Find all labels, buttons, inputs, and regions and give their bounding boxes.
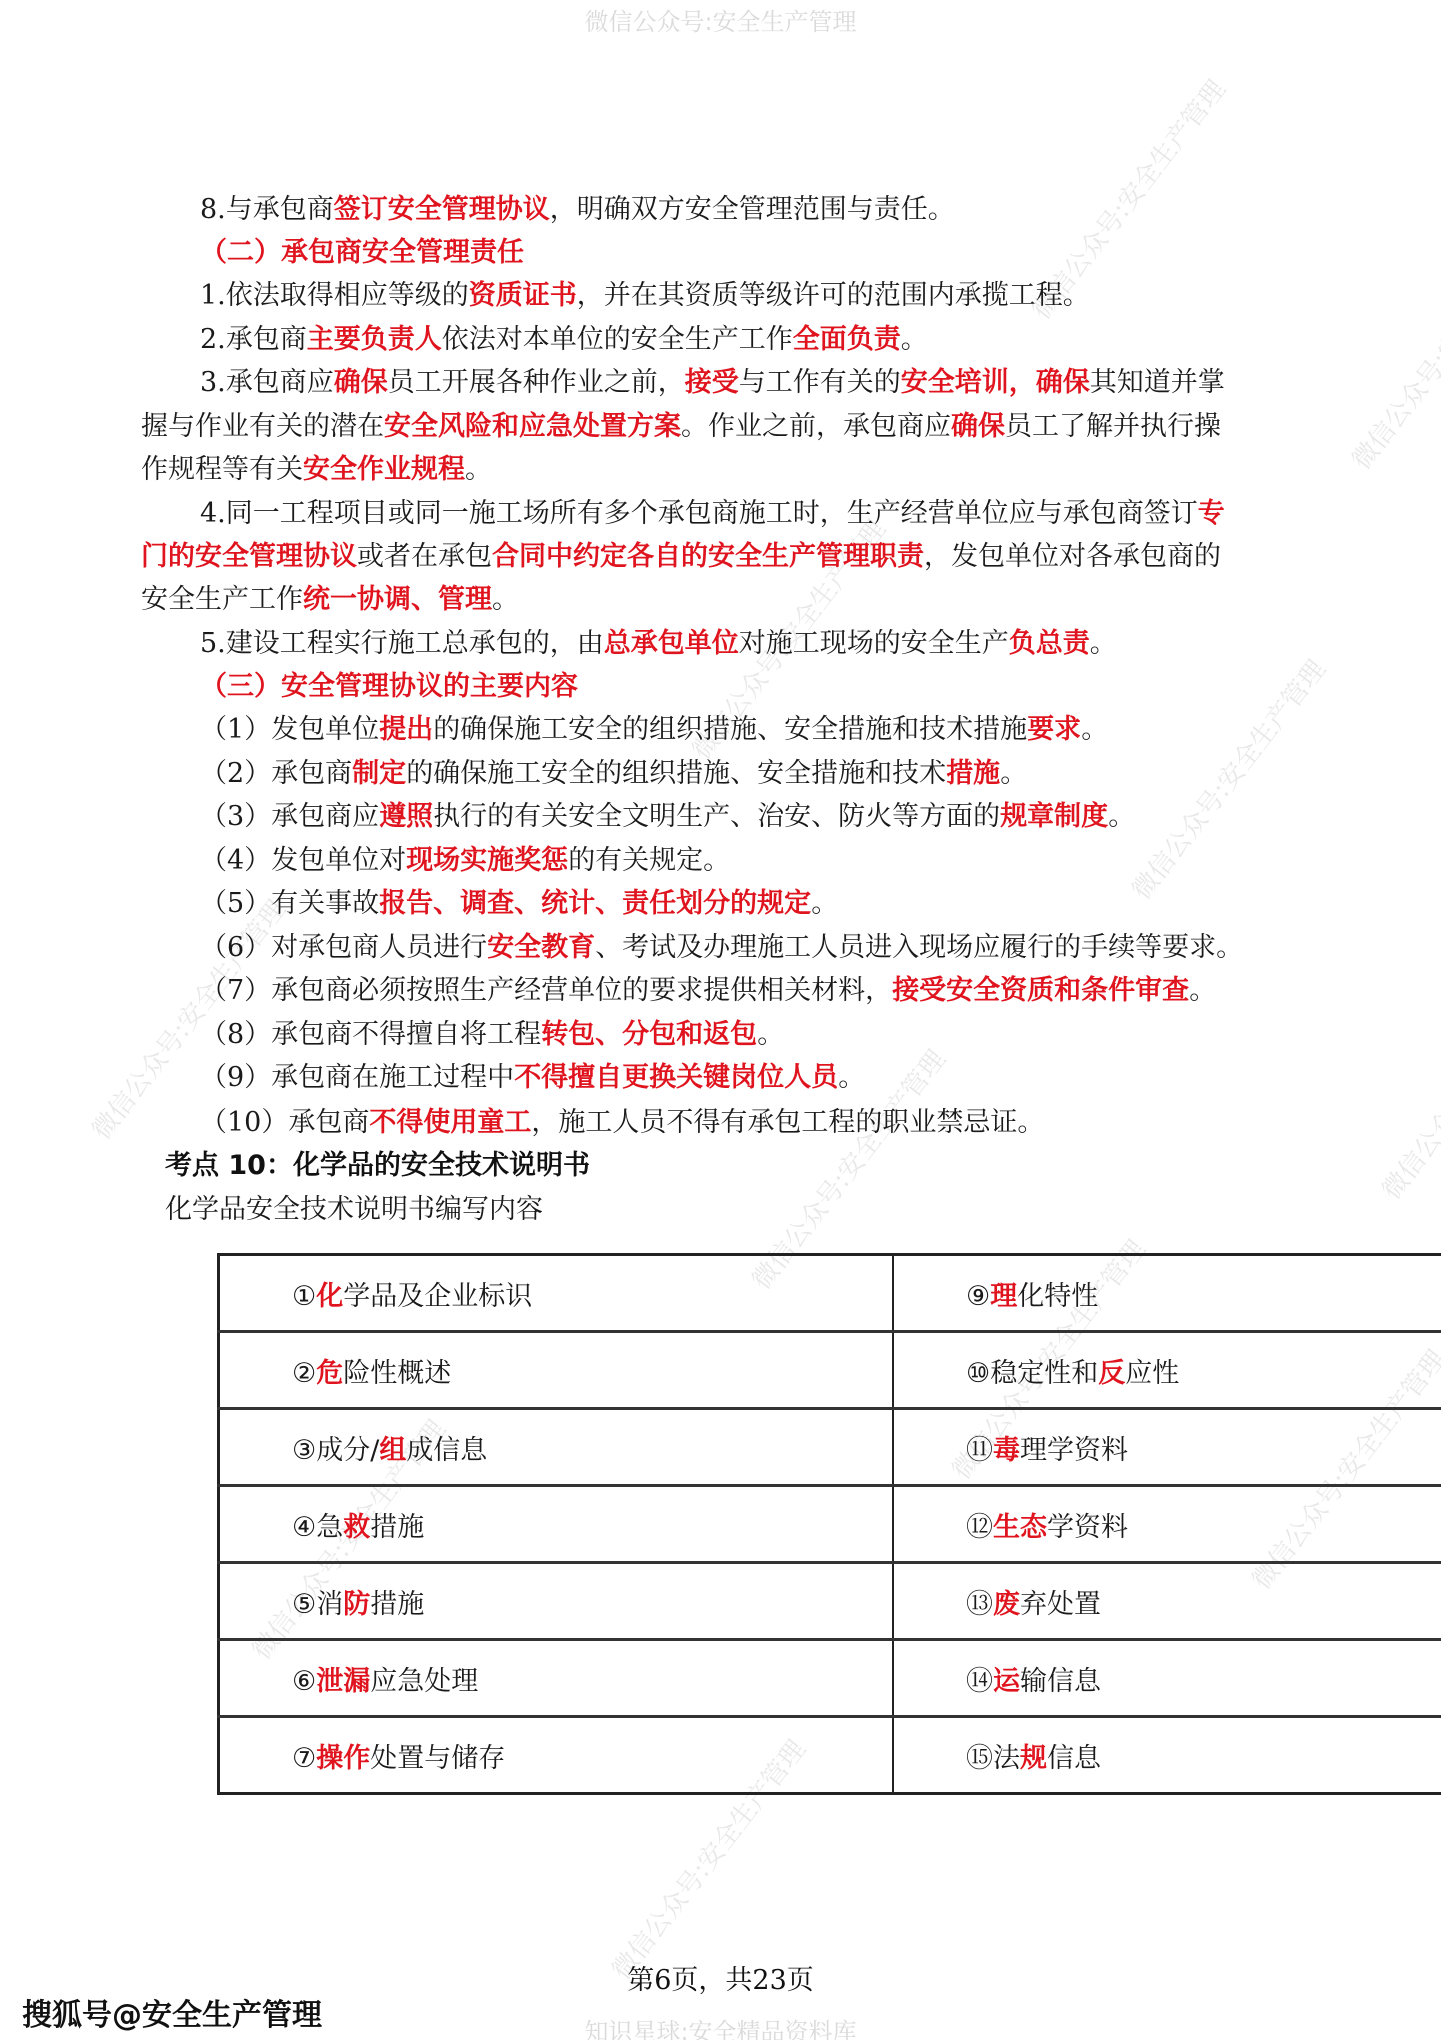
highlighted-keyword: 规章制度 (1000, 801, 1108, 832)
body-text: 措施 (370, 1512, 424, 1543)
body-text: （4）发包单位对 (200, 845, 406, 876)
body-text: ⑤消 (292, 1589, 343, 1620)
body-text: 员工了解并执行操 (1005, 411, 1221, 442)
text-line: 2.承包商主要负责人依法对本单位的安全生产工作全面负责。 (200, 320, 928, 360)
text-line: 考点 10：化学品的安全技术说明书 (165, 1146, 590, 1186)
body-text: 员工开展各种作业之前， (388, 367, 685, 398)
highlighted-keyword: 安全作业规程 (303, 454, 465, 485)
body-text: ⑪ (966, 1435, 993, 1466)
body-text: 。 (811, 888, 838, 919)
body-text: （9）承包商在施工过程中 (200, 1062, 514, 1093)
watermark-text: 微信公众号:安全生产管理 (1372, 951, 1441, 1206)
highlighted-keyword: 签订安全管理协议 (334, 194, 550, 225)
body-text: 输信息 (1020, 1666, 1101, 1697)
highlighted-keyword: 总承包单位 (604, 628, 739, 659)
body-text: 理学资料 (1020, 1435, 1128, 1466)
body-text: ，明确双方安全管理范围与责任。 (550, 194, 955, 225)
text-line: 3.承包商应确保员工开展各种作业之前，接受与工作有关的安全培训，确保其知道并掌 (200, 363, 1225, 403)
text-line: （三）安全管理协议的主要内容 (200, 667, 578, 707)
body-text: 作规程等有关 (141, 454, 303, 485)
body-text: ⑩稳定性和 (966, 1358, 1098, 1389)
table-row: ⑥泄漏应急处理⑭运输信息 (219, 1640, 1441, 1717)
body-text: 。 (492, 584, 519, 615)
highlighted-keyword: 确保 (334, 367, 388, 398)
body-text: ⑥ (292, 1666, 316, 1697)
highlighted-keyword: 确保 (951, 411, 1005, 442)
table-cell: ⑤消防措施 (219, 1563, 894, 1640)
highlighted-keyword: 泄漏 (316, 1666, 370, 1697)
table-row: ⑤消防措施⑬废弃处置 (219, 1563, 1441, 1640)
text-line: （2）承包商制定的确保施工安全的组织措施、安全措施和技术措施。 (200, 754, 1027, 794)
text-line: 4.同一工程项目或同一施工场所有多个承包商施工时，生产经营单位应与承包商签订专 (200, 494, 1225, 534)
body-text: 措施 (370, 1589, 424, 1620)
highlighted-keyword: 操作 (316, 1743, 370, 1774)
section-heading-text: （二）承包商安全管理责任 (200, 237, 524, 268)
text-line: （9）承包商在施工过程中不得擅自更换关键岗位人员。 (200, 1058, 865, 1098)
highlighted-keyword: 不得擅自更换关键岗位人员 (514, 1062, 838, 1093)
body-text: 、考试及办理施工人员进入现场应履行的手续等要求。 (595, 932, 1243, 963)
highlighted-keyword: 主要负责人 (307, 324, 442, 355)
highlighted-keyword: 资质证书 (469, 280, 577, 311)
body-text: 。 (465, 454, 492, 485)
table-cell: ⑮法规信息 (893, 1717, 1441, 1794)
body-text: 2.承包商 (200, 324, 307, 355)
highlighted-keyword: 合同中约定各自的安全生产管理职责 (492, 541, 924, 572)
highlighted-keyword: 转包、分包和返包 (541, 1019, 757, 1050)
table-cell: ⑪毒理学资料 (893, 1409, 1441, 1486)
highlighted-keyword: 全面负责 (793, 324, 901, 355)
body-text: 化特性 (1017, 1281, 1098, 1312)
highlighted-keyword: 措施 (946, 758, 1000, 789)
body-text: （1）发包单位 (200, 714, 379, 745)
body-text: 应急处理 (370, 1666, 478, 1697)
highlighted-keyword: 组 (379, 1435, 406, 1466)
highlighted-keyword: 反 (1098, 1358, 1125, 1389)
highlighted-keyword: 制定 (352, 758, 406, 789)
body-text: 应性 (1125, 1358, 1179, 1389)
highlighted-keyword: 接受 (685, 367, 739, 398)
body-text: ⑬ (966, 1589, 993, 1620)
body-text: 或者在承包 (357, 541, 492, 572)
body-text: 依法对本单位的安全生产工作 (442, 324, 793, 355)
body-text: 执行的有关安全文明生产、治安、防火等方面的 (433, 801, 1000, 832)
topic-heading-text: 考点 10：化学品的安全技术说明书 (165, 1150, 590, 1181)
text-line: 作规程等有关安全作业规程。 (141, 450, 492, 490)
table-cell: ⑦操作处置与储存 (219, 1717, 894, 1794)
table-cell: ④急救措施 (219, 1486, 894, 1563)
watermark-text: 微信公众号:安全生产管理 (1342, 221, 1441, 476)
body-text: 的确保施工安全的组织措施、安全措施和技术 (406, 758, 946, 789)
table-cell: ①化学品及企业标识 (219, 1255, 894, 1332)
highlighted-keyword: 遵照 (379, 801, 433, 832)
table-row: ④急救措施⑫生态学资料 (219, 1486, 1441, 1563)
highlighted-keyword: 救 (343, 1512, 370, 1543)
text-line: （二）承包商安全管理责任 (200, 233, 524, 273)
body-text: 的确保施工安全的组织措施、安全措施和技术措施 (433, 714, 1027, 745)
highlighted-keyword: 废 (993, 1589, 1020, 1620)
text-line: （5）有关事故报告、调查、统计、责任划分的规定。 (200, 884, 838, 924)
highlighted-keyword: 安全教育 (487, 932, 595, 963)
table-row: ①化学品及企业标识⑨理化特性 (219, 1255, 1441, 1332)
highlighted-keyword: 要求 (1027, 714, 1081, 745)
highlighted-keyword: 毒 (993, 1435, 1020, 1466)
watermark-text: 微信公众号:安全生产管理 (1122, 651, 1333, 906)
body-text: ⑭ (966, 1666, 993, 1697)
body-text: 安全生产工作 (141, 584, 303, 615)
text-line: 化学品安全技术说明书编写内容 (165, 1190, 543, 1230)
body-text: ① (292, 1281, 316, 1312)
highlighted-keyword: 不得使用童工 (369, 1107, 531, 1138)
highlighted-keyword: 统一协调、管理 (303, 584, 492, 615)
table-cell: ③成分/组成信息 (219, 1409, 894, 1486)
highlighted-keyword: 化 (316, 1281, 343, 1312)
body-text: 学资料 (1047, 1512, 1128, 1543)
body-text: ⑨ (966, 1281, 990, 1312)
body-text: （7）承包商必须按照生产经营单位的要求提供相关材料， (200, 975, 892, 1006)
body-text: （10）承包商 (200, 1107, 369, 1138)
body-text: 。 (901, 324, 928, 355)
body-text: ④急 (292, 1512, 343, 1543)
text-line: 安全生产工作统一协调、管理。 (141, 580, 519, 620)
text-line: （6）对承包商人员进行安全教育、考试及办理施工人员进入现场应履行的手续等要求。 (200, 928, 1243, 968)
body-text: 的有关规定。 (568, 845, 730, 876)
highlighted-keyword: 安全风险和应急处置方案 (384, 411, 681, 442)
body-text: ，并在其资质等级许可的范围内承揽工程。 (577, 280, 1090, 311)
body-text: 处置与储存 (370, 1743, 505, 1774)
msds-contents-table: ①化学品及企业标识⑨理化特性②危险性概述⑩稳定性和反应性③成分/组成信息⑪毒理学… (217, 1253, 1441, 1795)
header-watermark: 微信公众号:安全生产管理 (0, 2, 1441, 37)
body-text: 。作业之前，承包商应 (681, 411, 951, 442)
body-text: ⑫ (966, 1512, 993, 1543)
highlighted-keyword: 负总责 (1009, 628, 1090, 659)
body-text: （8）承包商不得擅自将工程 (200, 1019, 541, 1050)
text-line: （7）承包商必须按照生产经营单位的要求提供相关材料，接受安全资质和条件审查。 (200, 971, 1216, 1011)
body-text: 学品及企业标识 (343, 1281, 532, 1312)
footer-watermark: 知识星球:安全精品资料库 (0, 2012, 1441, 2040)
body-text: 。 (838, 1062, 865, 1093)
body-text: ⑮法 (966, 1743, 1020, 1774)
text-line: 5.建设工程实行施工总承包的，由总承包单位对施工现场的安全生产负总责。 (200, 624, 1117, 664)
highlighted-keyword: 生态 (993, 1512, 1047, 1543)
body-text: 1.依法取得相应等级的 (200, 280, 469, 311)
highlighted-keyword: 危 (316, 1358, 343, 1389)
body-text: ③成分/ (292, 1435, 379, 1466)
body-text: 化学品安全技术说明书编写内容 (165, 1194, 543, 1225)
table-cell: ⑨理化特性 (893, 1255, 1441, 1332)
table-row: ②危险性概述⑩稳定性和反应性 (219, 1332, 1441, 1409)
body-text: 握与作业有关的潜在 (141, 411, 384, 442)
text-line: （4）发包单位对现场实施奖惩的有关规定。 (200, 841, 730, 881)
body-text: 。 (1108, 801, 1135, 832)
text-line: 8.与承包商签订安全管理协议，明确双方安全管理范围与责任。 (200, 190, 955, 230)
highlighted-keyword: 专 (1198, 498, 1225, 529)
body-text: 。 (1081, 714, 1108, 745)
body-text: 3.承包商应 (200, 367, 334, 398)
highlighted-keyword: 现场实施奖惩 (406, 845, 568, 876)
text-line: 握与作业有关的潜在安全风险和应急处置方案。作业之前，承包商应确保员工了解并执行操 (141, 407, 1221, 447)
table-cell: ⑭运输信息 (893, 1640, 1441, 1717)
section-heading-text: （三）安全管理协议的主要内容 (200, 671, 578, 702)
text-line: 1.依法取得相应等级的资质证书，并在其资质等级许可的范围内承揽工程。 (200, 276, 1090, 316)
body-text: ⑦ (292, 1743, 316, 1774)
text-line: 门的安全管理协议或者在承包合同中约定各自的安全生产管理职责，发包单位对各承包商的 (141, 537, 1221, 577)
body-text: 。 (1189, 975, 1216, 1006)
table-cell: ⑥泄漏应急处理 (219, 1640, 894, 1717)
body-text: 其知道并掌 (1090, 367, 1225, 398)
highlighted-keyword: 运 (993, 1666, 1020, 1697)
highlighted-keyword: 报告、调查、统计、责任划分的规定 (379, 888, 811, 919)
body-text: 对施工现场的安全生产 (739, 628, 1009, 659)
body-text: （6）对承包商人员进行 (200, 932, 487, 963)
body-text: ② (292, 1358, 316, 1389)
body-text: 与工作有关的 (739, 367, 901, 398)
table-cell: ⑬废弃处置 (893, 1563, 1441, 1640)
body-text: 5.建设工程实行施工总承包的，由 (200, 628, 604, 659)
highlighted-keyword: 规 (1020, 1743, 1047, 1774)
highlighted-keyword: 接受安全资质和条件审查 (892, 975, 1189, 1006)
table-row: ⑦操作处置与储存⑮法规信息 (219, 1717, 1441, 1794)
text-line: （1）发包单位提出的确保施工安全的组织措施、安全措施和技术措施要求。 (200, 710, 1108, 750)
table-row: ③成分/组成信息⑪毒理学资料 (219, 1409, 1441, 1486)
body-text: （2）承包商 (200, 758, 352, 789)
body-text: ，施工人员不得有承包工程的职业禁忌证。 (531, 1107, 1044, 1138)
body-text: 。 (757, 1019, 784, 1050)
text-line: （10）承包商不得使用童工，施工人员不得有承包工程的职业禁忌证。 (200, 1103, 1044, 1143)
highlighted-keyword: 门的安全管理协议 (141, 541, 357, 572)
highlighted-keyword: 理 (990, 1281, 1017, 1312)
body-text: 。 (1000, 758, 1027, 789)
highlighted-keyword: 防 (343, 1589, 370, 1620)
body-text: 成信息 (406, 1435, 487, 1466)
body-text: 信息 (1047, 1743, 1101, 1774)
body-text: 4.同一工程项目或同一施工场所有多个承包商施工时，生产经营单位应与承包商签订 (200, 498, 1198, 529)
body-text: 险性概述 (343, 1358, 451, 1389)
table-cell: ②危险性概述 (219, 1332, 894, 1409)
text-line: （8）承包商不得擅自将工程转包、分包和返包。 (200, 1015, 784, 1055)
highlighted-keyword: 提出 (379, 714, 433, 745)
body-text: （5）有关事故 (200, 888, 379, 919)
body-text: 弃处置 (1020, 1589, 1101, 1620)
body-text: 8.与承包商 (200, 194, 334, 225)
body-text: ，发包单位对各承包商的 (924, 541, 1221, 572)
highlighted-keyword: 安全培训，确保 (901, 367, 1090, 398)
body-text: （3）承包商应 (200, 801, 379, 832)
body-text: 。 (1090, 628, 1117, 659)
text-line: （3）承包商应遵照执行的有关安全文明生产、治安、防火等方面的规章制度。 (200, 797, 1135, 837)
table-cell: ⑩稳定性和反应性 (893, 1332, 1441, 1409)
table-cell: ⑫生态学资料 (893, 1486, 1441, 1563)
